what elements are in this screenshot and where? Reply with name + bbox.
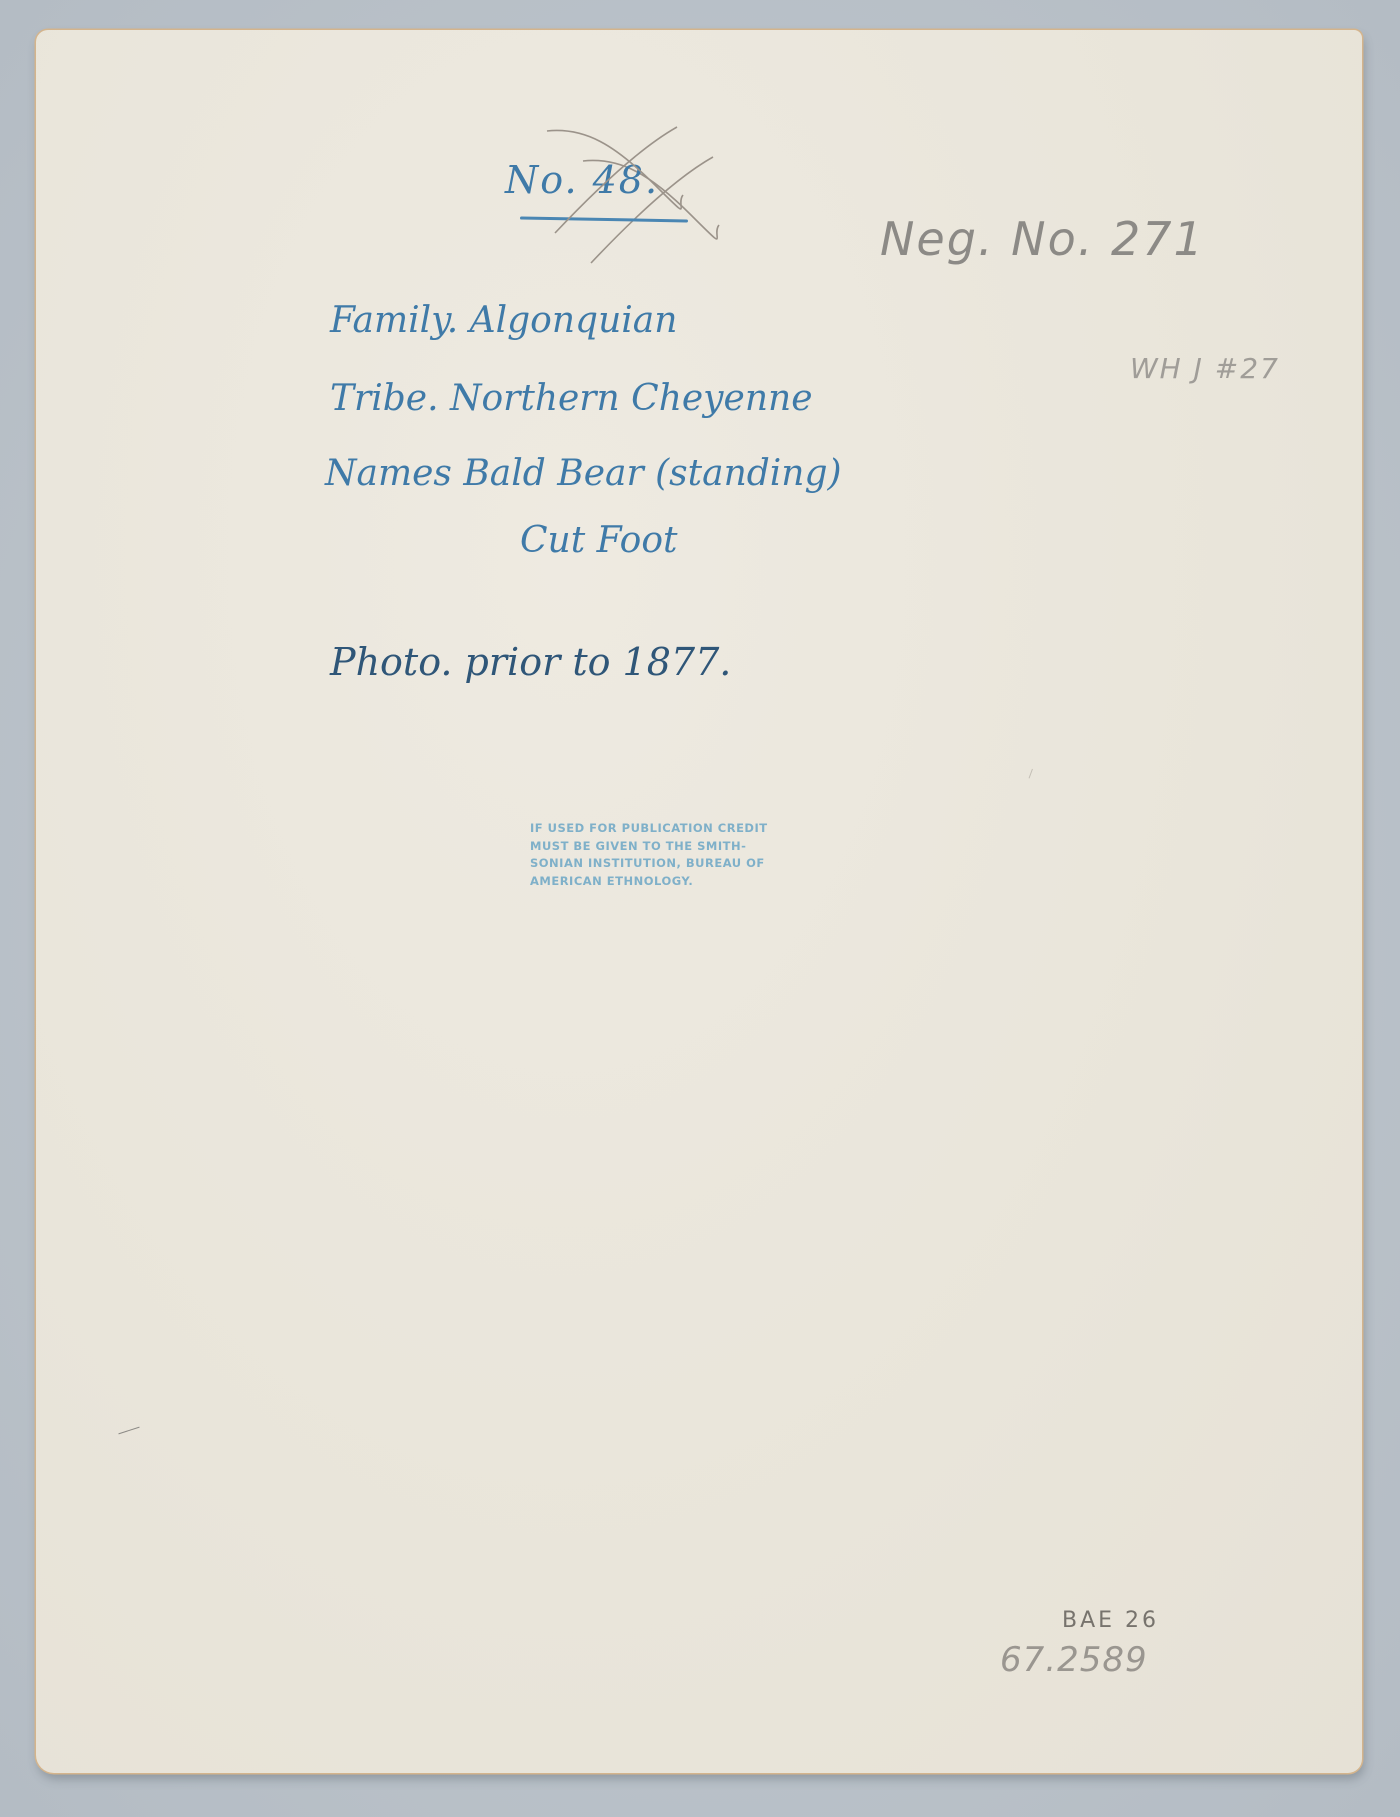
negative-number: Neg. No. 271: [880, 212, 1205, 266]
stamp-line: SONIAN INSTITUTION, BUREAU OF: [530, 855, 810, 873]
bae-reference: BAE 26: [1062, 1608, 1159, 1633]
whj-reference: WH J #27: [1130, 352, 1280, 385]
family-field: Family. Algonquian: [330, 300, 677, 341]
tribe-field: Tribe. Northern Cheyenne: [330, 378, 813, 419]
stamp-line: MUST BE GIVEN TO THE SMITH-: [530, 838, 810, 856]
credit-stamp: IF USED FOR PUBLICATION CREDIT MUST BE G…: [530, 820, 810, 890]
catalog-number: 67.2589: [1000, 1640, 1148, 1680]
photo-date-note: Photo. prior to 1877.: [330, 640, 731, 684]
cross-out-icon: [545, 125, 685, 235]
stamp-line: IF USED FOR PUBLICATION CREDIT: [530, 820, 810, 838]
stamp-line: AMERICAN ETHNOLOGY.: [530, 873, 810, 891]
names-field: Names Bald Bear (standing): [325, 453, 842, 494]
names-field-second: Cut Foot: [520, 520, 677, 561]
photo-mount-card: [36, 30, 1362, 1773]
